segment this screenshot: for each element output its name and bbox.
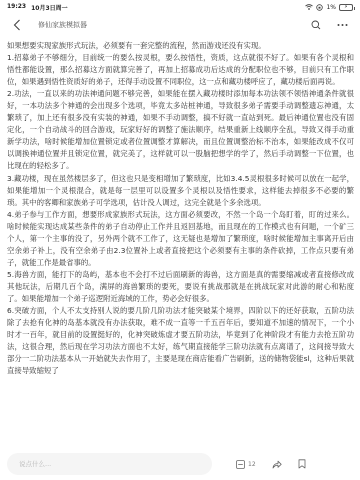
more-icon [337, 23, 348, 27]
bottom-actions: 12 [236, 459, 306, 469]
orientation-lock-icon [316, 4, 323, 11]
status-bar: 19:23 10月3日周一 1% ⚡ [0, 0, 360, 14]
comment-input[interactable] [7, 453, 212, 475]
nav-bar: 修仙家族模拟器 [0, 14, 360, 36]
comment-icon [236, 460, 245, 469]
more-button[interactable] [337, 23, 348, 27]
bookmark-icon [298, 459, 306, 469]
status-date: 10月3日周一 [31, 3, 68, 12]
post-paragraph-breakthrough: 6.突破方面，个人不太支持别人说的要几阶几阶功法才能突破某个境界，四阶以下的还好… [7, 305, 354, 377]
share-button[interactable] [272, 460, 282, 469]
bottom-bar: 12 [0, 448, 360, 480]
page-title: 修仙家族模拟器 [38, 20, 311, 30]
post-paragraph-sea-beasts: 5.海兽方面，能打下的岛屿，基本也不会打不过后面刷新的海兽，这方面是真的需要缩减… [7, 269, 354, 305]
battery-charging-icon: ⚡ [339, 4, 353, 11]
post-paragraph-recruit: 1.招募弟子不够细分，目前统一的要么按灵根，要么按悟性，资质，这点就很不好了。如… [7, 52, 354, 88]
post-paragraph-library: 3.藏功楼，现在虽然楼层多了，但这也只是变相增加了繁琐度，比如3.4.5灵根很多… [7, 173, 354, 209]
chevron-left-icon [13, 19, 21, 31]
status-left: 19:23 10月3日周一 [7, 3, 68, 12]
wifi-icon [305, 4, 313, 10]
status-right: 1% ⚡ [305, 4, 353, 11]
share-icon [272, 460, 282, 469]
nav-actions [311, 20, 348, 30]
status-time: 19:23 [7, 3, 26, 12]
post-paragraph-intro: 如果想要实现家族形式玩法，必须要有一套完整的流程，然而游戏还没有实现。 [7, 40, 354, 52]
back-button[interactable] [8, 19, 26, 31]
comment-count: 12 [248, 461, 256, 468]
battery-percent: 1% [326, 4, 336, 11]
post-paragraph-techniques: 2.功法，一直以来的功法神通问题不够完善，如果能在摆入藏功楼时添加每本功法领不领… [7, 88, 354, 172]
bookmark-button[interactable] [298, 459, 306, 469]
comment-button[interactable]: 12 [236, 460, 256, 469]
search-button[interactable] [311, 20, 321, 30]
post-content: 如果想要实现家族形式玩法，必须要有一套完整的流程，然而游戏还没有实现。 1.招募… [7, 40, 354, 377]
post-paragraph-work: 4.弟子参与工作方面，想要形成家族形式玩法，这方面必须要改，不然一个岛一个岛盯着… [7, 209, 354, 269]
search-icon [311, 20, 321, 30]
